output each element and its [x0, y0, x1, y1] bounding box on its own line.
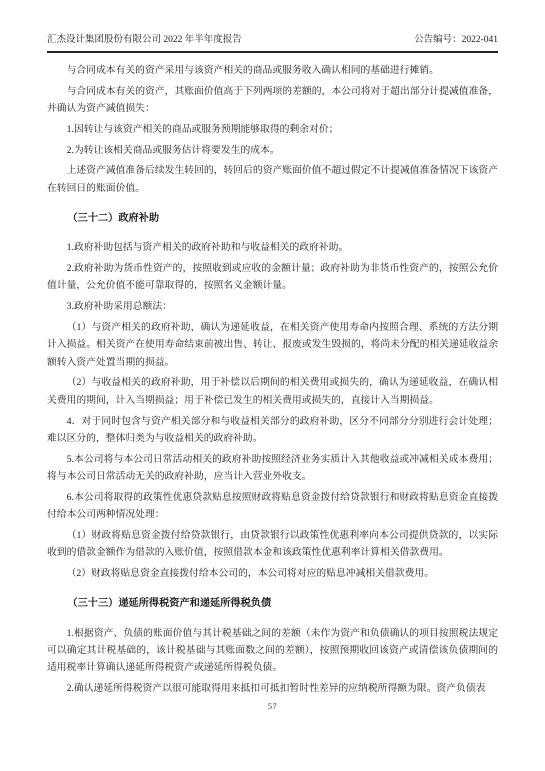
paragraph-deferred-tax-1: 1.根据资产、负债的账面价值与其计税基础之间的差额（未作为资产和负债确认的项目按… [47, 625, 498, 677]
announcement-number: 公告编号：2022-041 [414, 34, 498, 46]
paragraph-grants-2: 2.政府补助为货币性资产的，按照收到或应收的金额计量；政府补助为非货币性资产的，… [47, 260, 498, 295]
paragraph-grants-3-sub-1: （1）与资产相关的政府补助，确认为递延收益，在相关资产使用寿命内按照合理、系统的… [47, 319, 498, 371]
document-page: 汇杰设计集团股份有限公司 2022 年半年度报告 公告编号：2022-041 与… [0, 0, 545, 771]
paragraph-grants-5: 5.本公司将与本公司日常活动相关的政府补助按照经济业务实质计入其他收益或冲减相关… [47, 451, 498, 486]
paragraph-amortization: 与合同成本有关的资产采用与该资产相关的商品或服务收入确认相同的基础进行摊销。 [47, 62, 498, 79]
paragraph-impairment-intro: 与合同成本有关的资产，其账面价值高于下列两项的差额的，本公司将对于超出部分计提减… [47, 83, 498, 118]
paragraph-grants-1: 1.政府补助包括与资产相关的政府补助和与收益相关的政府补助。 [47, 239, 498, 256]
section-heading-32-government-grants: （三十二）政府补助 [47, 210, 498, 227]
paragraph-grants-6-sub-1: （1）财政将贴息资金拨付给贷款银行，由贷款银行以政策性优惠利率向本公司提供贷款的… [47, 527, 498, 562]
report-title: 汇杰设计集团股份有限公司 2022 年半年度报告 [47, 34, 242, 46]
paragraph-impairment-item-2: 2.为转让该相关商品或服务估计将要发生的成本。 [47, 142, 498, 159]
paragraph-impairment-item-1: 1.因转让与该资产相关的商品或服务预期能够取得的剩余对价； [47, 121, 498, 138]
paragraph-grants-6: 6.本公司将取得的政策性优惠贷款贴息按照财政将贴息资金拨付给贷款银行和财政将贴息… [47, 489, 498, 524]
paragraph-deferred-tax-2: 2.确认递延所得税资产以很可能取得用来抵扣可抵扣暂时性差异的应纳税所得额为限。资… [47, 680, 498, 697]
paragraph-impairment-reversal: 上述资产减值准备后续发生转回的，转回后的资产账面价值不超过假定不计提减值准备情况… [47, 162, 498, 197]
page-footer: 57 [0, 701, 545, 711]
paragraph-grants-6-sub-2: （2）财政将贴息资金直接拨付给本公司的，本公司将对应的贴息冲减相关借款费用。 [47, 565, 498, 582]
paragraph-grants-3: 3.政府补助采用总额法： [47, 298, 498, 315]
section-heading-33-deferred-tax: （三十三）递延所得税资产和递延所得税负债 [47, 595, 498, 612]
page-header: 汇杰设计集团股份有限公司 2022 年半年度报告 公告编号：2022-041 [47, 34, 498, 53]
paragraph-grants-3-sub-2: （2）与收益相关的政府补助，用于补偿以后期间的相关费用或损失的，确认为递延收益，… [47, 374, 498, 409]
document-content: 与合同成本有关的资产采用与该资产相关的商品或服务收入确认相同的基础进行摊销。 与… [47, 62, 498, 697]
page-number: 57 [268, 701, 278, 711]
paragraph-grants-4: 4．对于同时包含与资产相关部分和与收益相关部分的政府补助，区分不同部分分别进行会… [47, 413, 498, 448]
